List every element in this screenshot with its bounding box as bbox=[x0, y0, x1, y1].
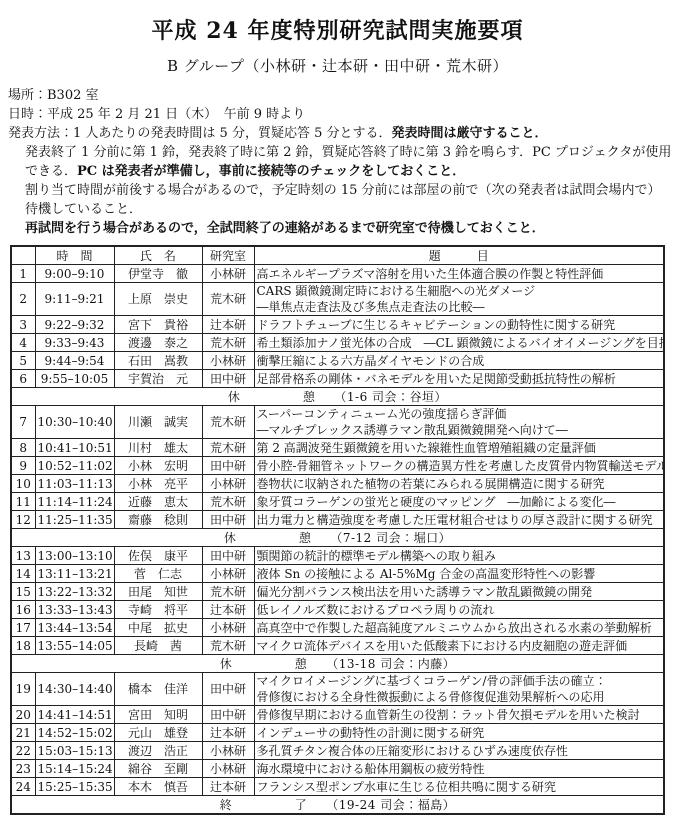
title-line: ―マルチプレックス誘導ラマン散乱顕微鏡開発へ向けて― bbox=[257, 422, 662, 438]
lab-cell: 荒木研 bbox=[202, 439, 254, 457]
table-row: 39:22–9:32宮下 貴裕辻本研ドラフトチューブに生じるキャビテーションの動… bbox=[11, 316, 664, 334]
time-cell: 13:44–13:54 bbox=[35, 619, 114, 637]
row-number-cell: 12 bbox=[11, 511, 35, 529]
title-line: フランシス型ポンプ水車に生じる位相共鳴に関する研究 bbox=[257, 779, 662, 795]
name-cell: 渡辺 浩正 bbox=[114, 742, 202, 760]
title-line: マイクロ流体デバイスを用いた低酸素下における内皮細胞の遊走評価 bbox=[257, 638, 662, 654]
title-cell: 象牙質コラーゲンの蛍光と硬度のマッピング ―加齢による変化― bbox=[254, 493, 664, 511]
title-cell: 顎関節の統計的標準モデル構築への取り組み bbox=[254, 547, 664, 565]
table-row: 1914:30–14:40橋本 佳洋田中研マイクロイメージングに基づくコラーゲン… bbox=[11, 673, 664, 706]
page-title: 平成 24 年度特別研究試問実施要項 bbox=[8, 14, 667, 45]
row-number-cell: 19 bbox=[11, 673, 35, 706]
table-row: 2114:52–15:02元山 雄登辻本研インデューサの動特性の計測に関する研究 bbox=[11, 724, 664, 742]
title-cell: スーパーコンティニューム光の強度揺らぎ評価―マルチプレックス誘導ラマン散乱顕微鏡… bbox=[254, 406, 664, 439]
title-cell: 多孔質チタン複合体の圧縮変形におけるひずみ速度依存性 bbox=[254, 742, 664, 760]
lab-cell: 荒木研 bbox=[202, 283, 254, 316]
time-cell: 11:14–11:24 bbox=[35, 493, 114, 511]
datetime-line: 日時：平成 25 年 2 月 21 日（木） 午前 9 時より bbox=[8, 105, 667, 124]
table-row: 59:44–9:54石田 嵩教小林研衝撃圧縮による六方晶ダイヤモンドの合成 bbox=[11, 352, 664, 370]
instruction-text: できる． bbox=[25, 164, 77, 179]
time-cell: 15:14–15:24 bbox=[35, 760, 114, 778]
name-cell: 佐俣 康平 bbox=[114, 547, 202, 565]
table-row: 710:30–10:40川瀬 誠実荒木研スーパーコンティニューム光の強度揺らぎ評… bbox=[11, 406, 664, 439]
row-number-cell: 2 bbox=[11, 283, 35, 316]
title-cell: インデューサの動特性の計測に関する研究 bbox=[254, 724, 664, 742]
title-cell: 第 2 高調波発生顕微鏡を用いた線維性血管増殖組織の定量評価 bbox=[254, 439, 664, 457]
table-header-row: 時 間氏 名研究室題 目 bbox=[11, 246, 664, 265]
instruction-line: 待機していること． bbox=[8, 200, 667, 219]
time-cell: 13:33–13:43 bbox=[35, 601, 114, 619]
row-number-cell: 7 bbox=[11, 406, 35, 439]
lab-cell: 小林研 bbox=[202, 265, 254, 283]
title-line: CARS 顕微鏡測定時における生細胞への光ダメージ bbox=[257, 283, 662, 299]
time-cell: 10:41–10:51 bbox=[35, 439, 114, 457]
title-cell: 骨修復早期における血管新生の役割：ラット骨欠損モデルを用いた検討 bbox=[254, 706, 664, 724]
time-cell: 9:44–9:54 bbox=[35, 352, 114, 370]
title-line: 象牙質コラーゲンの蛍光と硬度のマッピング ―加齢による変化― bbox=[257, 494, 662, 510]
time-cell: 10:30–10:40 bbox=[35, 406, 114, 439]
title-cell: 高真空中で作製した超高純度アルミニウムから放出される水素の挙動解析 bbox=[254, 619, 664, 637]
title-line: 顎関節の統計的標準モデル構築への取り組み bbox=[257, 548, 662, 564]
time-cell: 13:22–13:32 bbox=[35, 583, 114, 601]
row-number-cell: 20 bbox=[11, 706, 35, 724]
instruction-bold-text: 再試問を行う場合があるので，全試問終了の連絡があるまで研究室で待機しておくこと． bbox=[25, 221, 545, 236]
lab-cell: 小林研 bbox=[202, 565, 254, 583]
time-cell: 9:55–10:05 bbox=[35, 370, 114, 388]
instruction-line: 割り当て時間が前後する場合があるので，予定時刻の 15 分前には部屋の前で（次の… bbox=[8, 181, 667, 200]
end-label: 終 了 （19-24 司会：福島） bbox=[11, 796, 664, 815]
title-cell: 衝撃圧縮による六方晶ダイヤモンドの合成 bbox=[254, 352, 664, 370]
lab-cell: 田中研 bbox=[202, 370, 254, 388]
name-cell: 伊堂寺 徹 bbox=[114, 265, 202, 283]
title-line: 出力電力と構造強度を考慮した圧電材組合せはりの厚さ設計に関する研究 bbox=[257, 512, 662, 528]
title-cell: 低レイノルズ数におけるプロペラ周りの流れ bbox=[254, 601, 664, 619]
lab-cell: 田中研 bbox=[202, 547, 254, 565]
name-cell: 小林 亮平 bbox=[114, 475, 202, 493]
name-cell: 菅 仁志 bbox=[114, 565, 202, 583]
time-cell: 11:03–11:13 bbox=[35, 475, 114, 493]
table-row: 2315:14–15:24綿谷 至剛小林研海水環境中における船体用鋼板の疲労特性 bbox=[11, 760, 664, 778]
schedule-table: 時 間氏 名研究室題 目 19:00–9:10伊堂寺 徹小林研高エネルギープラズ… bbox=[10, 245, 665, 815]
table-row: 1111:14–11:24近藤 恵太荒木研象牙質コラーゲンの蛍光と硬度のマッピン… bbox=[11, 493, 664, 511]
row-number-cell: 4 bbox=[11, 334, 35, 352]
time-cell: 9:00–9:10 bbox=[35, 265, 114, 283]
lab-cell: 田中研 bbox=[202, 673, 254, 706]
title-line: 第 2 高調波発生顕微鏡を用いた線維性血管増殖組織の定量評価 bbox=[257, 440, 662, 456]
title-cell: 出力電力と構造強度を考慮した圧電材組合せはりの厚さ設計に関する研究 bbox=[254, 511, 664, 529]
row-number-cell: 16 bbox=[11, 601, 35, 619]
title-line: 高真空中で作製した超高純度アルミニウムから放出される水素の挙動解析 bbox=[257, 620, 662, 636]
instruction-text: 待機していること． bbox=[25, 202, 142, 217]
title-line: マイクロイメージングに基づくコラーゲン/骨の評価手法の確立： bbox=[257, 673, 662, 689]
lab-cell: 荒木研 bbox=[202, 583, 254, 601]
title-line: 多孔質チタン複合体の圧縮変形におけるひずみ速度依存性 bbox=[257, 743, 662, 759]
time-cell: 13:00–13:10 bbox=[35, 547, 114, 565]
title-line: 希土類添加ナノ蛍光体の合成 ―CL 顕微鏡によるバイオイメージングを目指して― bbox=[257, 335, 662, 351]
title-line: 衝撃圧縮による六方晶ダイヤモンドの合成 bbox=[257, 353, 662, 369]
lab-cell: 荒木研 bbox=[202, 406, 254, 439]
group-subtitle: B グループ（小林研・辻本研・田中研・荒木研） bbox=[8, 55, 667, 76]
title-cell: フランシス型ポンプ水車に生じる位相共鳴に関する研究 bbox=[254, 778, 664, 796]
lab-cell: 辻本研 bbox=[202, 778, 254, 796]
title-cell: ドラフトチューブに生じるキャビテーションの動特性に関する研究 bbox=[254, 316, 664, 334]
title-line: インデューサの動特性の計測に関する研究 bbox=[257, 725, 662, 741]
break-label: 休 憩 （7-12 司会：堀口） bbox=[11, 529, 664, 547]
table-row: 1713:44–13:54中尾 拡史小林研高真空中で作製した超高純度アルミニウム… bbox=[11, 619, 664, 637]
title-cell: マイクロイメージングに基づくコラーゲン/骨の評価手法の確立：骨修復における全身性… bbox=[254, 673, 664, 706]
time-cell: 10:52–11:02 bbox=[35, 457, 114, 475]
lab-cell: 辻本研 bbox=[202, 316, 254, 334]
instruction-bold-text: 発表時間は厳守すること． bbox=[391, 126, 547, 141]
break-row: 休 憩 （1-6 司会：谷垣） bbox=[11, 388, 664, 406]
row-number-cell: 18 bbox=[11, 637, 35, 655]
title-cell: 巻物状に収納された植物の若葉にみられる展開構造に関する研究 bbox=[254, 475, 664, 493]
lab-cell: 田中研 bbox=[202, 511, 254, 529]
table-row: 1513:22–13:32田尾 知世荒木研偏光分割バランス検出法を用いた誘導ラマ… bbox=[11, 583, 664, 601]
row-number-cell: 1 bbox=[11, 265, 35, 283]
title-line: ―単焦点走査法及び多焦点走査法の比較― bbox=[257, 299, 662, 315]
lab-cell: 小林研 bbox=[202, 352, 254, 370]
time-cell: 14:41–14:51 bbox=[35, 706, 114, 724]
title-line: 偏光分割バランス検出法を用いた誘導ラマン散乱顕微鏡の開発 bbox=[257, 584, 662, 600]
name-cell: 渡邊 泰之 bbox=[114, 334, 202, 352]
instruction-text: 割り当て時間が前後する場合があるので，予定時刻の 15 分前には部屋の前で（次の… bbox=[25, 183, 661, 198]
name-cell: 齋藤 稔則 bbox=[114, 511, 202, 529]
title-line: 低レイノルズ数におけるプロペラ周りの流れ bbox=[257, 602, 662, 618]
title-cell: 液体 Sn の接触による Al-5%Mg 合金の高温変形特性への影響 bbox=[254, 565, 664, 583]
lab-cell: 辻本研 bbox=[202, 601, 254, 619]
name-cell: 田尾 知世 bbox=[114, 583, 202, 601]
name-cell: 近藤 恵太 bbox=[114, 493, 202, 511]
row-number-cell: 5 bbox=[11, 352, 35, 370]
table-row: 2215:03–15:13渡辺 浩正小林研多孔質チタン複合体の圧縮変形におけるひ… bbox=[11, 742, 664, 760]
instruction-text: 発表方法：1 人あたりの発表時間は 5 分，質疑応答 5 分とする． bbox=[8, 126, 391, 141]
lab-cell: 荒木研 bbox=[202, 334, 254, 352]
row-number-cell: 6 bbox=[11, 370, 35, 388]
row-number-cell: 21 bbox=[11, 724, 35, 742]
title-cell: マイクロ流体デバイスを用いた低酸素下における内皮細胞の遊走評価 bbox=[254, 637, 664, 655]
title-line: 骨修復早期における血管新生の役割：ラット骨欠損モデルを用いた検討 bbox=[257, 707, 662, 723]
name-cell: 橋本 佳洋 bbox=[114, 673, 202, 706]
time-cell: 9:11–9:21 bbox=[35, 283, 114, 316]
title-cell: CARS 顕微鏡測定時における生細胞への光ダメージ―単焦点走査法及び多焦点走査法… bbox=[254, 283, 664, 316]
table-row: 2415:25–15:35本木 慎吾辻本研フランシス型ポンプ水車に生じる位相共鳴… bbox=[11, 778, 664, 796]
title-cell: 足部骨格系の剛体・バネモデルを用いた足関節受動抵抗特性の解析 bbox=[254, 370, 664, 388]
title-cell: 海水環境中における船体用鋼板の疲労特性 bbox=[254, 760, 664, 778]
table-header-cell: 氏 名 bbox=[114, 246, 202, 265]
row-number-cell: 24 bbox=[11, 778, 35, 796]
table-row: 49:33–9:43渡邊 泰之荒木研希土類添加ナノ蛍光体の合成 ―CL 顕微鏡に… bbox=[11, 334, 664, 352]
instruction-line: 発表終了 1 分前に第 1 鈴，発表終了時に第 2 鈴，質疑応答終了時に第 3 … bbox=[8, 143, 667, 162]
table-header-cell bbox=[11, 246, 35, 265]
name-cell: 川瀬 誠実 bbox=[114, 406, 202, 439]
title-line: スーパーコンティニューム光の強度揺らぎ評価 bbox=[257, 406, 662, 422]
name-cell: 川村 雄太 bbox=[114, 439, 202, 457]
break-label: 休 憩 （13-18 司会：内藤） bbox=[11, 655, 664, 673]
title-line: 液体 Sn の接触による Al-5%Mg 合金の高温変形特性への影響 bbox=[257, 566, 662, 582]
table-row: 1413:11–13:21菅 仁志小林研液体 Sn の接触による Al-5%Mg… bbox=[11, 565, 664, 583]
lab-cell: 小林研 bbox=[202, 742, 254, 760]
row-number-cell: 11 bbox=[11, 493, 35, 511]
lab-cell: 小林研 bbox=[202, 475, 254, 493]
title-line: ドラフトチューブに生じるキャビテーションの動特性に関する研究 bbox=[257, 317, 662, 333]
instruction-line: 再試問を行う場合があるので，全試問終了の連絡があるまで研究室で待機しておくこと． bbox=[8, 219, 667, 238]
break-row: 休 憩 （7-12 司会：堀口） bbox=[11, 529, 664, 547]
table-row: 1813:55–14:05長崎 茜荒木研マイクロ流体デバイスを用いた低酸素下にお… bbox=[11, 637, 664, 655]
table-row: 810:41–10:51川村 雄太荒木研第 2 高調波発生顕微鏡を用いた線維性血… bbox=[11, 439, 664, 457]
title-cell: 高エネルギープラズマ溶射を用いた生体適合膜の作製と特性評価 bbox=[254, 265, 664, 283]
lab-cell: 辻本研 bbox=[202, 724, 254, 742]
row-number-cell: 3 bbox=[11, 316, 35, 334]
table-row: 69:55–10:05宇賀治 元田中研足部骨格系の剛体・バネモデルを用いた足関節… bbox=[11, 370, 664, 388]
name-cell: 元山 雄登 bbox=[114, 724, 202, 742]
lab-cell: 田中研 bbox=[202, 457, 254, 475]
row-number-cell: 23 bbox=[11, 760, 35, 778]
row-number-cell: 17 bbox=[11, 619, 35, 637]
name-cell: 長崎 茜 bbox=[114, 637, 202, 655]
table-row: 1211:25–11:35齋藤 稔則田中研出力電力と構造強度を考慮した圧電材組合… bbox=[11, 511, 664, 529]
time-cell: 15:25–15:35 bbox=[35, 778, 114, 796]
lab-cell: 荒木研 bbox=[202, 493, 254, 511]
end-row: 終 了 （19-24 司会：福島） bbox=[11, 796, 664, 815]
time-cell: 14:52–15:02 bbox=[35, 724, 114, 742]
instruction-line: 発表方法：1 人あたりの発表時間は 5 分，質疑応答 5 分とする．発表時間は厳… bbox=[8, 124, 667, 143]
title-line: 骨小腔-骨細管ネットワークの構造異方性を考慮した皮質骨内物質輸送モデル bbox=[257, 458, 662, 474]
row-number-cell: 9 bbox=[11, 457, 35, 475]
title-cell: 希土類添加ナノ蛍光体の合成 ―CL 顕微鏡によるバイオイメージングを目指して― bbox=[254, 334, 664, 352]
name-cell: 石田 嵩教 bbox=[114, 352, 202, 370]
name-cell: 上原 崇史 bbox=[114, 283, 202, 316]
instruction-bold-text: PC は発表者が準備し，事前に接続等のチェックをしておくこと． bbox=[77, 164, 465, 179]
name-cell: 宮田 知明 bbox=[114, 706, 202, 724]
title-line: 骨修復における全身性微振動による骨修復促進効果解析への応用 bbox=[257, 689, 662, 705]
table-row: 1313:00–13:10佐俣 康平田中研顎関節の統計的標準モデル構築への取り組… bbox=[11, 547, 664, 565]
row-number-cell: 10 bbox=[11, 475, 35, 493]
name-cell: 中尾 拡史 bbox=[114, 619, 202, 637]
instructions-block: 発表方法：1 人あたりの発表時間は 5 分，質疑応答 5 分とする．発表時間は厳… bbox=[8, 124, 667, 238]
table-header-cell: 時 間 bbox=[35, 246, 114, 265]
break-label: 休 憩 （1-6 司会：谷垣） bbox=[11, 388, 664, 406]
lab-cell: 小林研 bbox=[202, 760, 254, 778]
title-line: 巻物状に収納された植物の若葉にみられる展開構造に関する研究 bbox=[257, 476, 662, 492]
table-row: 1613:33–13:43寺崎 将平辻本研低レイノルズ数におけるプロペラ周りの流… bbox=[11, 601, 664, 619]
time-cell: 14:30–14:40 bbox=[35, 673, 114, 706]
name-cell: 宮下 貴裕 bbox=[114, 316, 202, 334]
row-number-cell: 14 bbox=[11, 565, 35, 583]
time-cell: 11:25–11:35 bbox=[35, 511, 114, 529]
title-line: 海水環境中における船体用鋼板の疲労特性 bbox=[257, 761, 662, 777]
table-row: 1011:03–11:13小林 亮平小林研巻物状に収納された植物の若葉にみられる… bbox=[11, 475, 664, 493]
document-page: 平成 24 年度特別研究試問実施要項 B グループ（小林研・辻本研・田中研・荒木… bbox=[0, 0, 675, 815]
table-row: 910:52–11:02小林 宏明田中研骨小腔-骨細管ネットワークの構造異方性を… bbox=[11, 457, 664, 475]
title-line: 高エネルギープラズマ溶射を用いた生体適合膜の作製と特性評価 bbox=[257, 266, 662, 282]
title-line: 足部骨格系の剛体・バネモデルを用いた足関節受動抵抗特性の解析 bbox=[257, 371, 662, 387]
lab-cell: 小林研 bbox=[202, 619, 254, 637]
lab-cell: 田中研 bbox=[202, 706, 254, 724]
time-cell: 13:55–14:05 bbox=[35, 637, 114, 655]
row-number-cell: 22 bbox=[11, 742, 35, 760]
row-number-cell: 15 bbox=[11, 583, 35, 601]
table-header-cell: 題 目 bbox=[254, 246, 664, 265]
row-number-cell: 13 bbox=[11, 547, 35, 565]
instruction-text: 発表終了 1 分前に第 1 鈴，発表終了時に第 2 鈴，質疑応答終了時に第 3 … bbox=[25, 145, 671, 160]
table-row: 2014:41–14:51宮田 知明田中研骨修復早期における血管新生の役割：ラッ… bbox=[11, 706, 664, 724]
time-cell: 9:33–9:43 bbox=[35, 334, 114, 352]
table-header-cell: 研究室 bbox=[202, 246, 254, 265]
table-row: 29:11–9:21上原 崇史荒木研CARS 顕微鏡測定時における生細胞への光ダ… bbox=[11, 283, 664, 316]
name-cell: 本木 慎吾 bbox=[114, 778, 202, 796]
name-cell: 小林 宏明 bbox=[114, 457, 202, 475]
lab-cell: 荒木研 bbox=[202, 637, 254, 655]
title-cell: 骨小腔-骨細管ネットワークの構造異方性を考慮した皮質骨内物質輸送モデル bbox=[254, 457, 664, 475]
break-row: 休 憩 （13-18 司会：内藤） bbox=[11, 655, 664, 673]
time-cell: 15:03–15:13 bbox=[35, 742, 114, 760]
name-cell: 綿谷 至剛 bbox=[114, 760, 202, 778]
time-cell: 9:22–9:32 bbox=[35, 316, 114, 334]
location-line: 場所：B302 室 bbox=[8, 86, 667, 105]
instruction-line: できる．PC は発表者が準備し，事前に接続等のチェックをしておくこと． bbox=[8, 162, 667, 181]
time-cell: 13:11–13:21 bbox=[35, 565, 114, 583]
row-number-cell: 8 bbox=[11, 439, 35, 457]
name-cell: 宇賀治 元 bbox=[114, 370, 202, 388]
name-cell: 寺崎 将平 bbox=[114, 601, 202, 619]
table-row: 19:00–9:10伊堂寺 徹小林研高エネルギープラズマ溶射を用いた生体適合膜の… bbox=[11, 265, 664, 283]
title-cell: 偏光分割バランス検出法を用いた誘導ラマン散乱顕微鏡の開発 bbox=[254, 583, 664, 601]
